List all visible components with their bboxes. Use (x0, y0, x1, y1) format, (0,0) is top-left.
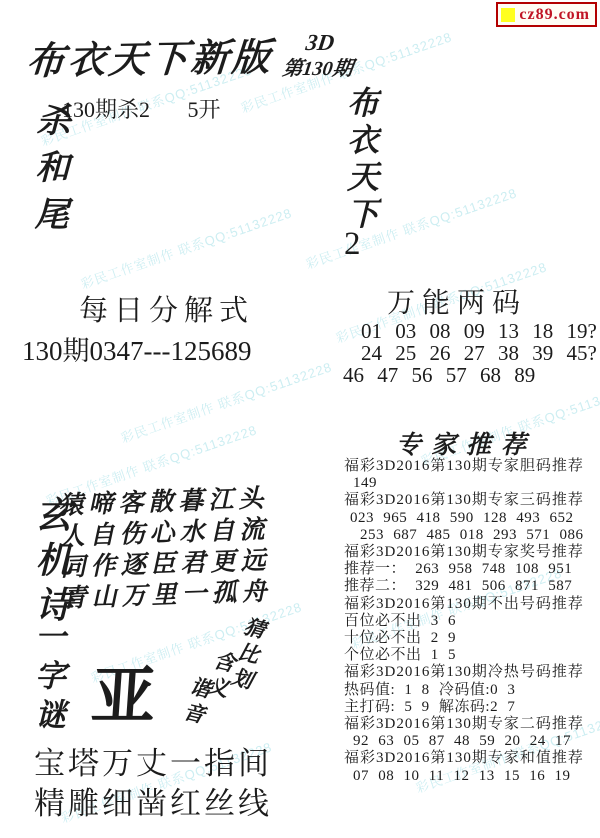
watermark-text: 彩民工作室制作 联系QQ:51132228 (118, 356, 334, 446)
pagoda-verse-line: 精雕细凿红丝线 (34, 778, 272, 823)
expert-line: 253 687 485 018 293 571 086 (344, 527, 600, 544)
expert-line: 92 63 05 87 48 59 20 24 17 (344, 733, 600, 750)
daily-decomposition-formula: 130期0347---125689 (22, 329, 251, 368)
pagoda-verse-line: 宝塔万丈一指间 (34, 738, 272, 783)
expert-line: 07 08 10 11 12 13 15 16 19 (344, 768, 600, 785)
expert-line: 福彩3D2016第130期专家和值推荐 (344, 750, 600, 767)
expert-line: 福彩3D2016第130期专家胆码推荐 (344, 458, 600, 475)
riddle-label: 一字谜 (25, 620, 70, 737)
expert-line: 福彩3D2016第130期专家奖号推荐 (344, 544, 600, 561)
issue-label: 第130期 (281, 52, 355, 81)
kill-open-text: 5开 (188, 97, 221, 122)
expert-line: 主打码: 5 9 解冻码:2 7 (344, 699, 600, 716)
kill-note-line: 130期杀2 5开 (62, 93, 221, 124)
expert-line: 十位必不出 2 9 (344, 630, 600, 647)
site-url: cz89.com (519, 6, 590, 24)
two-codes-row: 46 47 56 57 68 89 (343, 364, 597, 386)
vertical-kill-label: 杀和尾 (23, 102, 74, 244)
vertical-brand-number: 2 (344, 226, 361, 263)
vertical-brand-title: 布衣天下 (338, 86, 384, 234)
poem-line: 青山万里一孤舟 (61, 576, 272, 614)
watermark-text: 彩民工作室制作 联系QQ:51132228 (303, 182, 519, 272)
site-badge[interactable]: cz89.com (496, 2, 597, 27)
two-codes-row: 01 03 08 09 13 18 19? (343, 320, 597, 342)
riddle-hint: 谐音 (175, 673, 217, 731)
lottery-tip-sheet: 彩民工作室制作 联系QQ:51132228 彩民工作室制作 联系QQ:51132… (0, 0, 600, 838)
two-codes-title: 万能两码 (387, 281, 527, 321)
yellow-marker-icon (501, 8, 515, 22)
page-title: 布衣天下新版 (25, 26, 275, 85)
expert-line: 福彩3D2016第130期不出号码推荐 (344, 596, 600, 613)
riddle-character: 亚 (89, 645, 159, 737)
watermark-text: 彩民工作室制作 联系QQ:51132228 (78, 202, 294, 292)
expert-line: 福彩3D2016第130期专家三码推荐 (344, 492, 600, 509)
expert-line: 福彩3D2016第130期冷热号码推荐 (344, 664, 600, 681)
expert-line: 023 965 418 590 128 493 652 (344, 510, 600, 527)
expert-line: 149 (344, 475, 600, 492)
two-codes-row: 24 25 26 27 38 39 45? (343, 342, 597, 364)
expert-line: 个位必不出 1 5 (344, 647, 600, 664)
mystery-poem: 猿啼客散暮江头 人自伤心水自流 同作逐臣君更远 青山万里一孤舟 (58, 483, 272, 614)
expert-line: 推荐一： 263 958 748 108 951 (344, 561, 600, 578)
expert-line: 热码值: 1 8 冷码值:0 3 (344, 682, 600, 699)
two-codes-grid: 01 03 08 09 13 18 19? 24 25 26 27 38 39 … (343, 320, 597, 386)
expert-line: 福彩3D2016第130期专家二码推荐 (344, 716, 600, 733)
expert-line: 推荐二： 329 481 506 871 587 (344, 578, 600, 595)
expert-recommendations: 福彩3D2016第130期专家胆码推荐 149 福彩3D2016第130期专家三… (344, 458, 600, 785)
daily-decomposition-title: 每日分解式 (79, 288, 254, 329)
expert-line: 百位必不出 3 6 (344, 613, 600, 630)
kill-note-text: 130期杀2 (62, 97, 150, 122)
expert-title: 专家推荐 (396, 425, 536, 461)
